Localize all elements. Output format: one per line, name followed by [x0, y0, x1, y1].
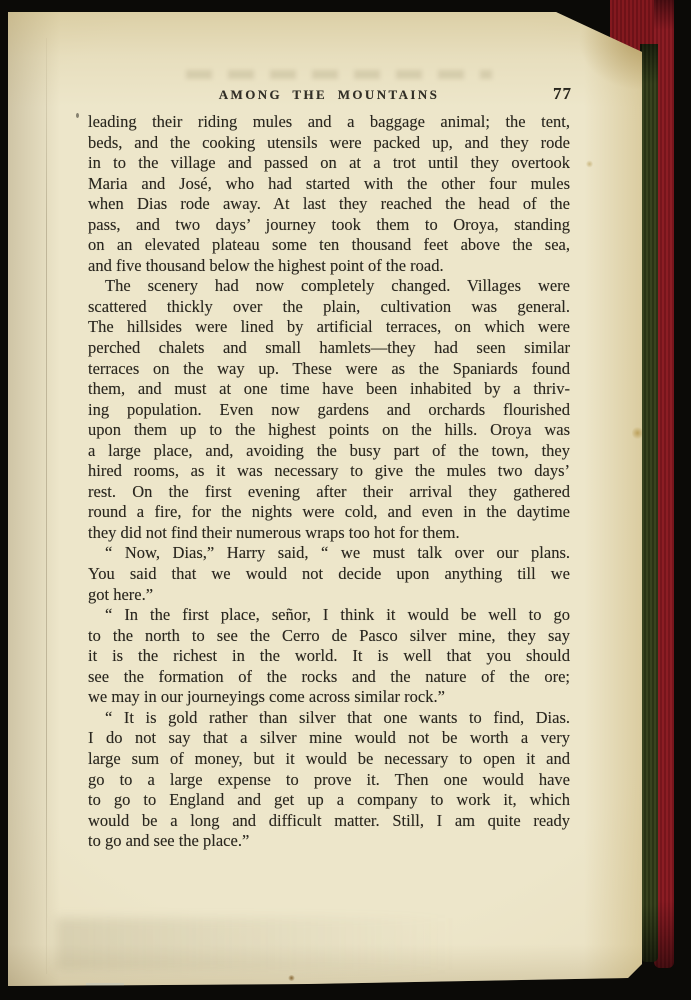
- paragraph: “ It is gold rather than silver that one…: [88, 708, 570, 852]
- text-line: The scenery had now completely changed. …: [88, 276, 570, 297]
- text-line: scattered thickly over the plain, cultiv…: [88, 297, 570, 318]
- page-edge-sliver: [86, 983, 124, 987]
- text-line: them, and must at one time have been inh…: [88, 379, 570, 400]
- paragraph: The scenery had now completely changed. …: [88, 276, 570, 543]
- scanned-book-photo: AMONG THE MOUNTAINS 77 leading their rid…: [0, 0, 691, 1000]
- text-line: on an elevated plateau some ten thousand…: [88, 235, 570, 256]
- ink-fleck: [76, 113, 79, 118]
- text-line: The hillsides were lined by artificial t…: [88, 317, 570, 338]
- paragraph: “ In the first place, señor, I think it …: [88, 605, 570, 708]
- page-number: 77: [553, 84, 572, 104]
- text-line: see the formation of the rocks and the n…: [88, 667, 570, 688]
- text-line: round a fire, for the nights were cold, …: [88, 502, 570, 523]
- text-line: ing population. Even now gardens and orc…: [88, 400, 570, 421]
- text-line: You said that we would not decide upon a…: [88, 564, 570, 585]
- page-header: AMONG THE MOUNTAINS 77: [88, 84, 570, 110]
- page-stain: [586, 160, 593, 168]
- text-line: “ In the first place, señor, I think it …: [88, 605, 570, 626]
- text-line: and five thousand below the highest poin…: [88, 256, 570, 277]
- text-line: I do not say that a silver mine would no…: [88, 728, 570, 749]
- text-line: when Dias rode away. At last they reache…: [88, 194, 570, 215]
- text-line: would be a long and difficult matter. St…: [88, 811, 570, 832]
- paragraph: “ Now, Dias,” Harry said, “ we must talk…: [88, 543, 570, 605]
- text-line: large sum of money, but it would be nece…: [88, 749, 570, 770]
- text-line: perched chalets and small hamlets—they h…: [88, 338, 570, 359]
- text-line: got here.”: [88, 585, 570, 606]
- text-line: they did not find their numerous wraps t…: [88, 523, 570, 544]
- text-line: terraces on the way up. These were as th…: [88, 359, 570, 380]
- text-line: “ Now, Dias,” Harry said, “ we must talk…: [88, 543, 570, 564]
- book-page: AMONG THE MOUNTAINS 77 leading their rid…: [8, 12, 642, 986]
- text-line: it is the richest in the world. It is we…: [88, 646, 570, 667]
- text-block: leading their riding mules and a baggage…: [88, 112, 570, 852]
- paragraph: leading their riding mules and a baggage…: [88, 112, 570, 276]
- gutter-shadow: [46, 38, 47, 974]
- page-stain: [632, 426, 643, 440]
- printed-content: AMONG THE MOUNTAINS 77 leading their rid…: [88, 84, 570, 852]
- text-line: to go and see the place.”: [88, 831, 570, 852]
- text-line: rest. On the first evening after their a…: [88, 482, 570, 503]
- text-line: hired rooms, as it was necessary to give…: [88, 461, 570, 482]
- text-line: “ It is gold rather than silver that one…: [88, 708, 570, 729]
- running-title: AMONG THE MOUNTAINS: [88, 84, 570, 103]
- text-line: Maria and José, who had started with the…: [88, 174, 570, 195]
- text-line: go to a large expense to prove it. Then …: [88, 770, 570, 791]
- text-line: leading their riding mules and a baggage…: [88, 112, 570, 133]
- text-line: beds, and the cooking utensils were pack…: [88, 133, 570, 154]
- book-cover-green-edge: [640, 44, 658, 962]
- text-line: to the north to see the Cerro de Pasco s…: [88, 626, 570, 647]
- page-stain: [288, 975, 295, 981]
- text-line: upon them up to the highest points on th…: [88, 420, 570, 441]
- text-line: to go to England and get up a company to…: [88, 790, 570, 811]
- text-line: we may in our journeyings come across si…: [88, 687, 570, 708]
- text-line: a large place, and, avoiding the busy pa…: [88, 441, 570, 462]
- scan-shadow-band: [56, 918, 526, 970]
- ink-bleed-through-top: [186, 70, 492, 79]
- text-line: pass, and two days’ journey took them to…: [88, 215, 570, 236]
- text-line: in to the village and passed on at a tro…: [88, 153, 570, 174]
